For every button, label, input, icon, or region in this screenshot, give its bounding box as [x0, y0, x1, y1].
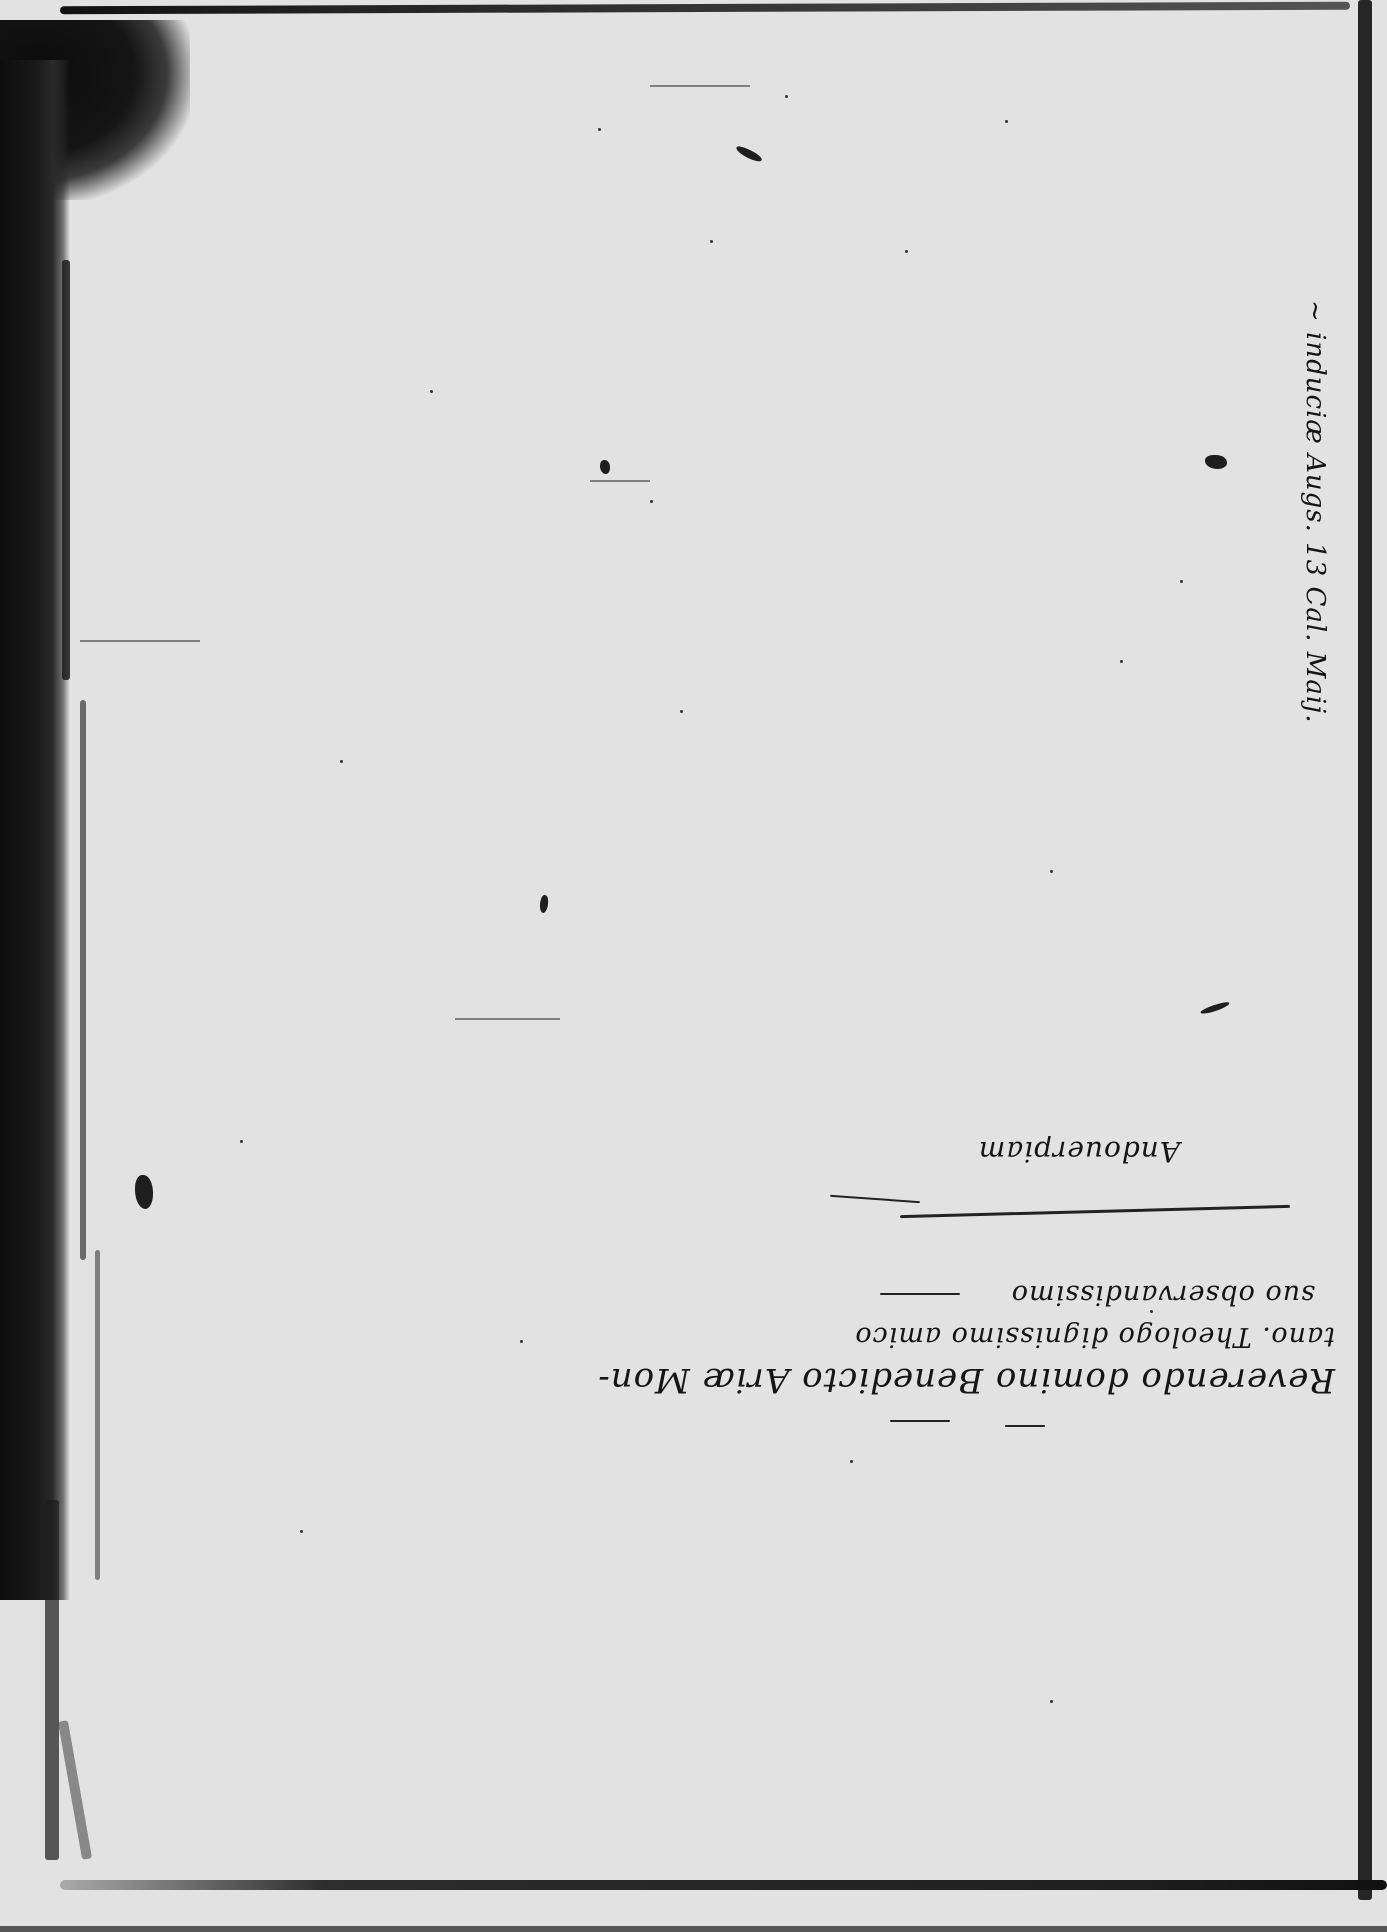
ink-mark: [735, 144, 764, 163]
manuscript-page: ~ induciæ Augs. 13 Cal. Maij. Andouerpia…: [0, 0, 1387, 1932]
scan-edge: [0, 1926, 1387, 1932]
binding-streak: [58, 1720, 92, 1860]
destination-block: Andouerpiam: [880, 1118, 1240, 1178]
faint-rule: [590, 480, 650, 482]
flourish-line: [900, 1205, 1290, 1218]
flourish-line: [830, 1195, 920, 1203]
faint-rule: [455, 1018, 560, 1020]
binding-streak: [80, 700, 86, 1260]
ink-mark: [538, 894, 549, 913]
destination-text: Andouerpiam: [978, 1135, 1180, 1168]
address-line-2: tano. Theologo dignissimo amico: [854, 1321, 1335, 1352]
right-edge-line: [1358, 0, 1372, 1900]
address-line-3: suo observandissimo: [1011, 1279, 1315, 1310]
binding-shadow-left: [0, 60, 70, 1600]
ink-blot: [135, 1175, 153, 1209]
bottom-edge-line: [60, 1880, 1387, 1890]
ink-mark: [600, 460, 610, 474]
flourish-line: [880, 1293, 960, 1295]
address-block: Reverendo domino Benedicto Ariæ Mon- tan…: [785, 1260, 1345, 1430]
docket-note: ~ induciæ Augs. 13 Cal. Maij.: [1300, 300, 1330, 723]
binding-streak: [95, 1250, 100, 1580]
binding-streak: [45, 1500, 59, 1860]
top-edge-line: [60, 2, 1350, 15]
ink-mark: [1200, 1000, 1230, 1016]
binding-streak: [62, 260, 70, 680]
faint-rule: [80, 640, 200, 642]
faint-rule: [650, 85, 750, 87]
flourish-line: [1005, 1425, 1045, 1427]
address-line-1: Reverendo domino Benedicto Ariæ Mon-: [597, 1360, 1335, 1400]
ink-blot: [1205, 455, 1227, 469]
flourish-line: [890, 1420, 950, 1422]
